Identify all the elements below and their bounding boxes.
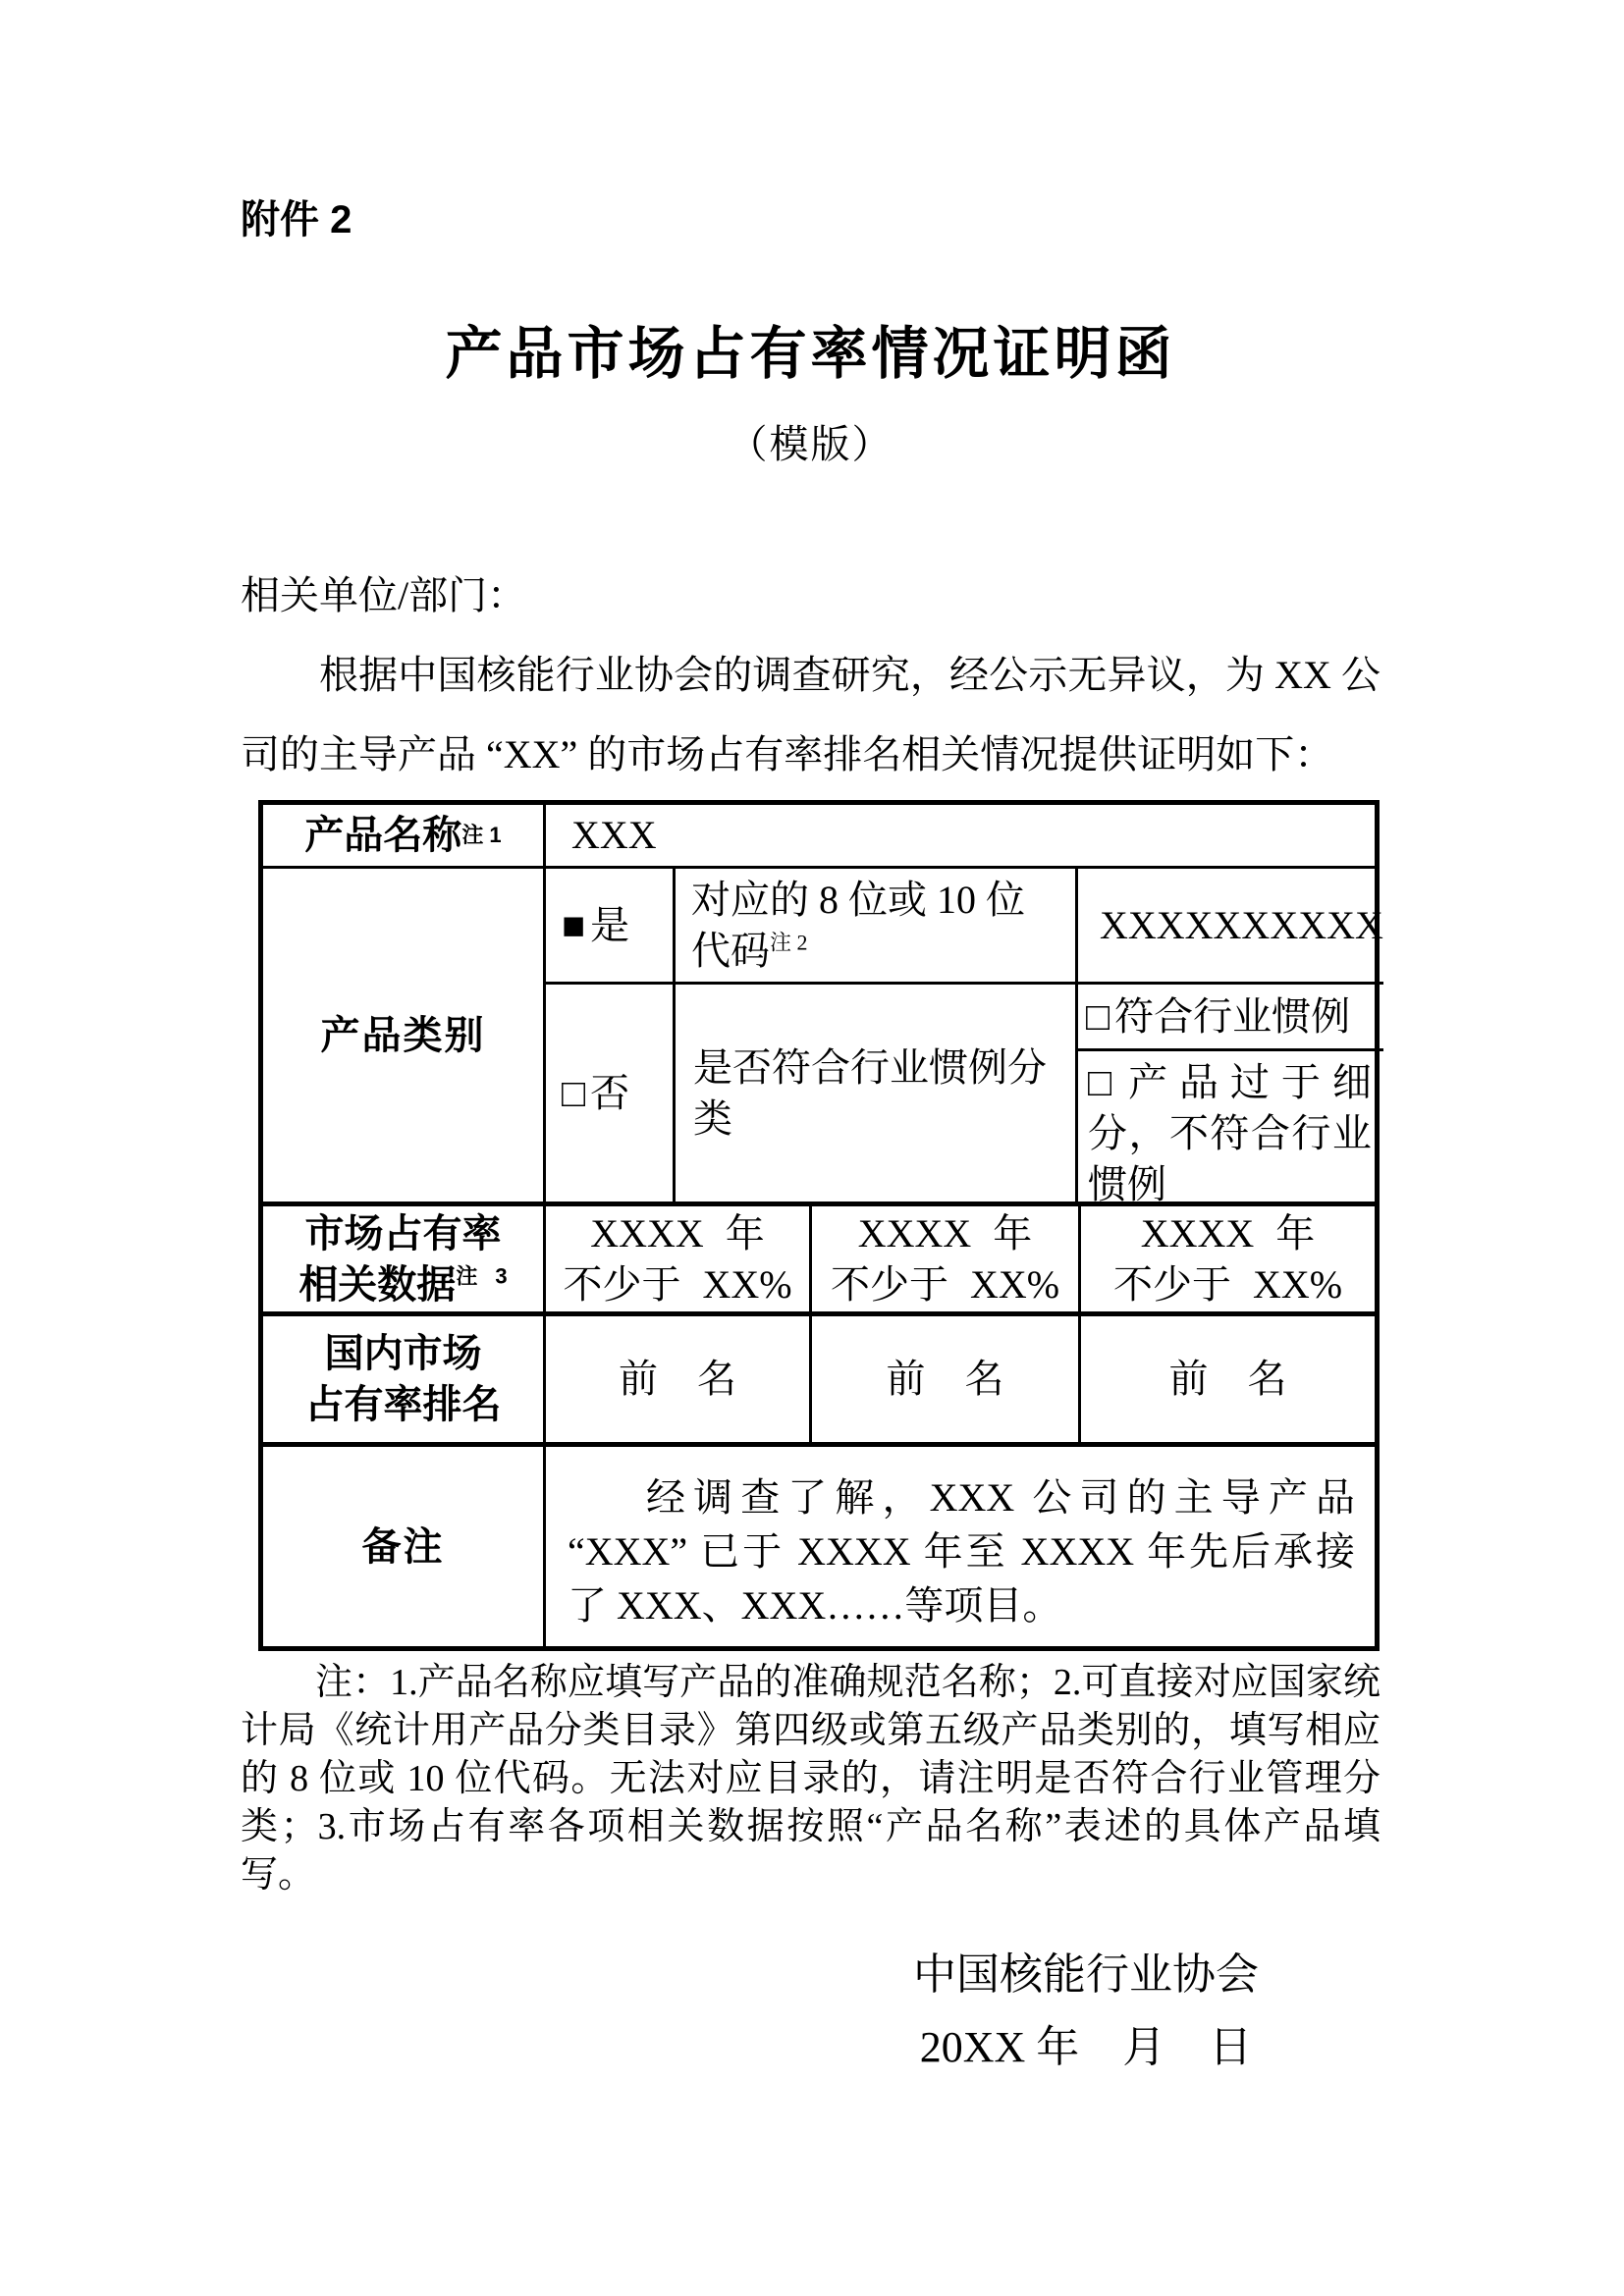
market-share-cell-3: XXXX 年 不少于 XX% (1081, 1206, 1375, 1311)
checkbox-filled-icon: ■ (562, 900, 585, 951)
category-code-value: XXXXXXXXXX (1078, 869, 1383, 985)
option-conform-label: 符合行业惯例 (1114, 991, 1350, 1042)
product-name-label: 产品名称 (304, 810, 461, 861)
note3-superscript: 注 3 (456, 1263, 507, 1288)
market-share-label-line2: 相关数据 (298, 1263, 456, 1307)
category-code-label-cell: 对应的 8 位或 10 位代码注 2 (676, 869, 1078, 985)
market-share-row: 市场占有率 相关数据注 3 XXXX 年 不少于 XX% XXXX 年 不少于 … (263, 1206, 1375, 1316)
remark-section: 备注 经调查了解，XXX 公司的主导产品 “XXX” 已于 XXXX 年至 XX… (263, 1442, 1375, 1646)
share-value: 不少于 XX% (563, 1259, 791, 1310)
share-value: 不少于 XX% (1113, 1259, 1342, 1310)
market-share-section: 市场占有率 相关数据注 3 XXXX 年 不少于 XX% XXXX 年 不少于 … (263, 1201, 1375, 1442)
category-question: 是否符合行业惯例分类 (676, 985, 1078, 1201)
market-share-cell-2: XXXX 年 不少于 XX% (812, 1206, 1081, 1311)
page-subtitle: （模版） (241, 413, 1380, 469)
product-name-row: 产品名称注 1 XXX (263, 805, 1375, 866)
yes-label: 是 (590, 900, 629, 951)
checkbox-empty-icon: □ (1086, 991, 1110, 1042)
category-no-cell: □否 (546, 985, 676, 1201)
ranking-row: 国内市场 占有率排名 前 名 前 名 前 名 (263, 1316, 1375, 1442)
signature-org: 中国核能行业协会 (742, 1939, 1430, 2011)
checkbox-empty-icon: □ (1088, 1060, 1123, 1104)
market-share-label-line1: 市场占有率 (305, 1212, 502, 1255)
product-name-value: XXX (546, 805, 1375, 866)
note2-superscript: 注 2 (770, 931, 808, 955)
category-option-conform: □符合行业惯例 (1078, 985, 1383, 1051)
year-value: XXXX 年 (590, 1208, 765, 1259)
ranking-cell-2: 前 名 (812, 1316, 1081, 1442)
checkbox-empty-icon: □ (562, 1068, 585, 1119)
ranking-cell-1: 前 名 (546, 1316, 812, 1442)
certificate-table: 产品名称注 1 XXX 产品类别 ■是 对应的 8 位或 10 位代码注 2 X… (258, 800, 1380, 1651)
notes-paragraph: 注：1.产品名称应填写产品的准确规范名称；2.可直接对应国家统计局《统计用产品分… (241, 1659, 1380, 1899)
code-label: 对应的 8 位或 10 位代码 (691, 878, 1025, 973)
attachment-label: 附件 2 (241, 188, 1380, 244)
body-paragraph: 根据中国核能行业协会的调查研究，经公示无异议，为 XX 公司的主导产品 “XX”… (241, 635, 1380, 794)
product-category-header: 产品类别 (263, 869, 546, 1201)
product-name-header: 产品名称注 1 (263, 805, 546, 866)
ranking-label-line1: 国内市场 (325, 1328, 482, 1379)
ranking-header: 国内市场 占有率排名 (263, 1316, 546, 1442)
no-label: 否 (590, 1068, 629, 1119)
category-yes-cell: ■是 (546, 869, 676, 985)
signature-date: 20XX 年 月 日 (742, 2011, 1430, 2084)
signature-block: 中国核能行业协会 20XX 年 月 日 (742, 1939, 1430, 2084)
category-option-too-fine: □产品过于细分，不符合行业惯例 (1078, 1051, 1383, 1201)
market-share-header: 市场占有率 相关数据注 3 (263, 1206, 546, 1311)
salutation: 相关单位/部门： (241, 556, 1380, 635)
remark-text: 经调查了解，XXX 公司的主导产品 “XXX” 已于 XXXX 年至 XXXX … (546, 1447, 1375, 1646)
year-value: XXXX 年 (858, 1208, 1033, 1259)
page-title: 产品市场占有率情况证明函 (241, 307, 1380, 390)
share-value: 不少于 XX% (831, 1259, 1059, 1310)
product-category-section: 产品类别 ■是 对应的 8 位或 10 位代码注 2 XXXXXXXXXX □否… (263, 866, 1375, 1201)
document-page: 附件 2 产品市场占有率情况证明函 （模版） 相关单位/部门： 根据中国核能行业… (0, 0, 1624, 2296)
market-share-cell-1: XXXX 年 不少于 XX% (546, 1206, 812, 1311)
year-value: XXXX 年 (1141, 1208, 1316, 1259)
option-too-fine-label: 产品过于细分，不符合行业惯例 (1088, 1060, 1372, 1206)
ranking-label-line2: 占有率排名 (305, 1379, 502, 1430)
remark-header: 备注 (263, 1447, 546, 1646)
ranking-cell-3: 前 名 (1081, 1316, 1375, 1442)
